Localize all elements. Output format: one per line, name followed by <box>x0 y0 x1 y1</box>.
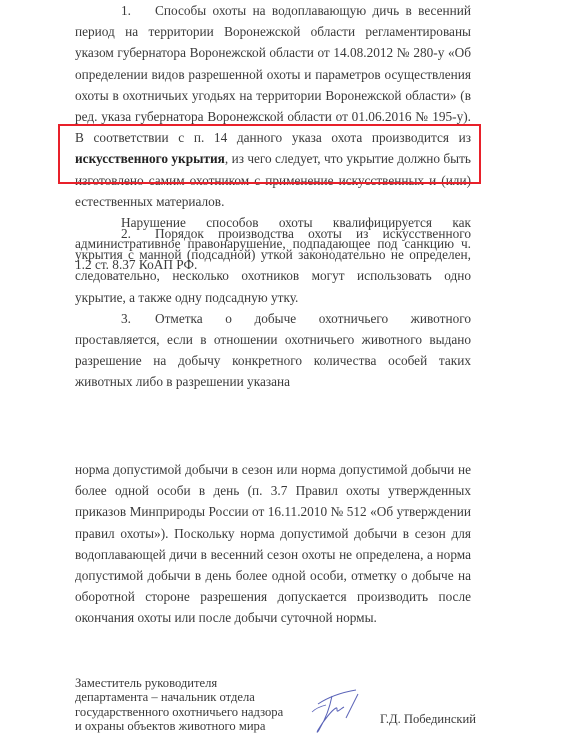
item-1-number: 1. <box>121 0 155 21</box>
item-2-block: 2.Порядок производства охоты из искусств… <box>75 223 471 393</box>
signatory-title: Заместитель руководителя департамента – … <box>75 676 283 734</box>
item-3-paragraph: 3.Отметка о добыче охотничьего животного… <box>75 308 471 393</box>
signatory-name: Г.Д. Побединский <box>380 712 476 727</box>
continuation-paragraph: норма допустимой добычи в сезон или норм… <box>75 459 471 629</box>
signatory-title-line: и охраны объектов животного мира <box>75 719 283 733</box>
item-1-text: Способы охоты на водоплавающую дичь в ве… <box>75 3 471 145</box>
document-page: 1.Способы охоты на водоплавающую дичь в … <box>0 0 576 740</box>
signatory-title-line: государственного охотничьего надзора <box>75 705 283 719</box>
signatory-title-line: Заместитель руководителя <box>75 676 283 690</box>
signatory-title-line: департамента – начальник отдела <box>75 690 283 704</box>
item-2-number: 2. <box>121 223 155 244</box>
item-1-paragraph: 1.Способы охоты на водоплавающую дичь в … <box>75 0 471 212</box>
continuation-block: норма допустимой добычи в сезон или норм… <box>75 459 471 629</box>
highlight-text-pre: указа охота производится из <box>292 130 471 145</box>
highlight-bold-term: искусственного укрытия <box>75 151 225 166</box>
handwritten-signature <box>310 682 370 740</box>
item-2-paragraph: 2.Порядок производства охоты из искусств… <box>75 223 471 308</box>
item-3-number: 3. <box>121 308 155 329</box>
